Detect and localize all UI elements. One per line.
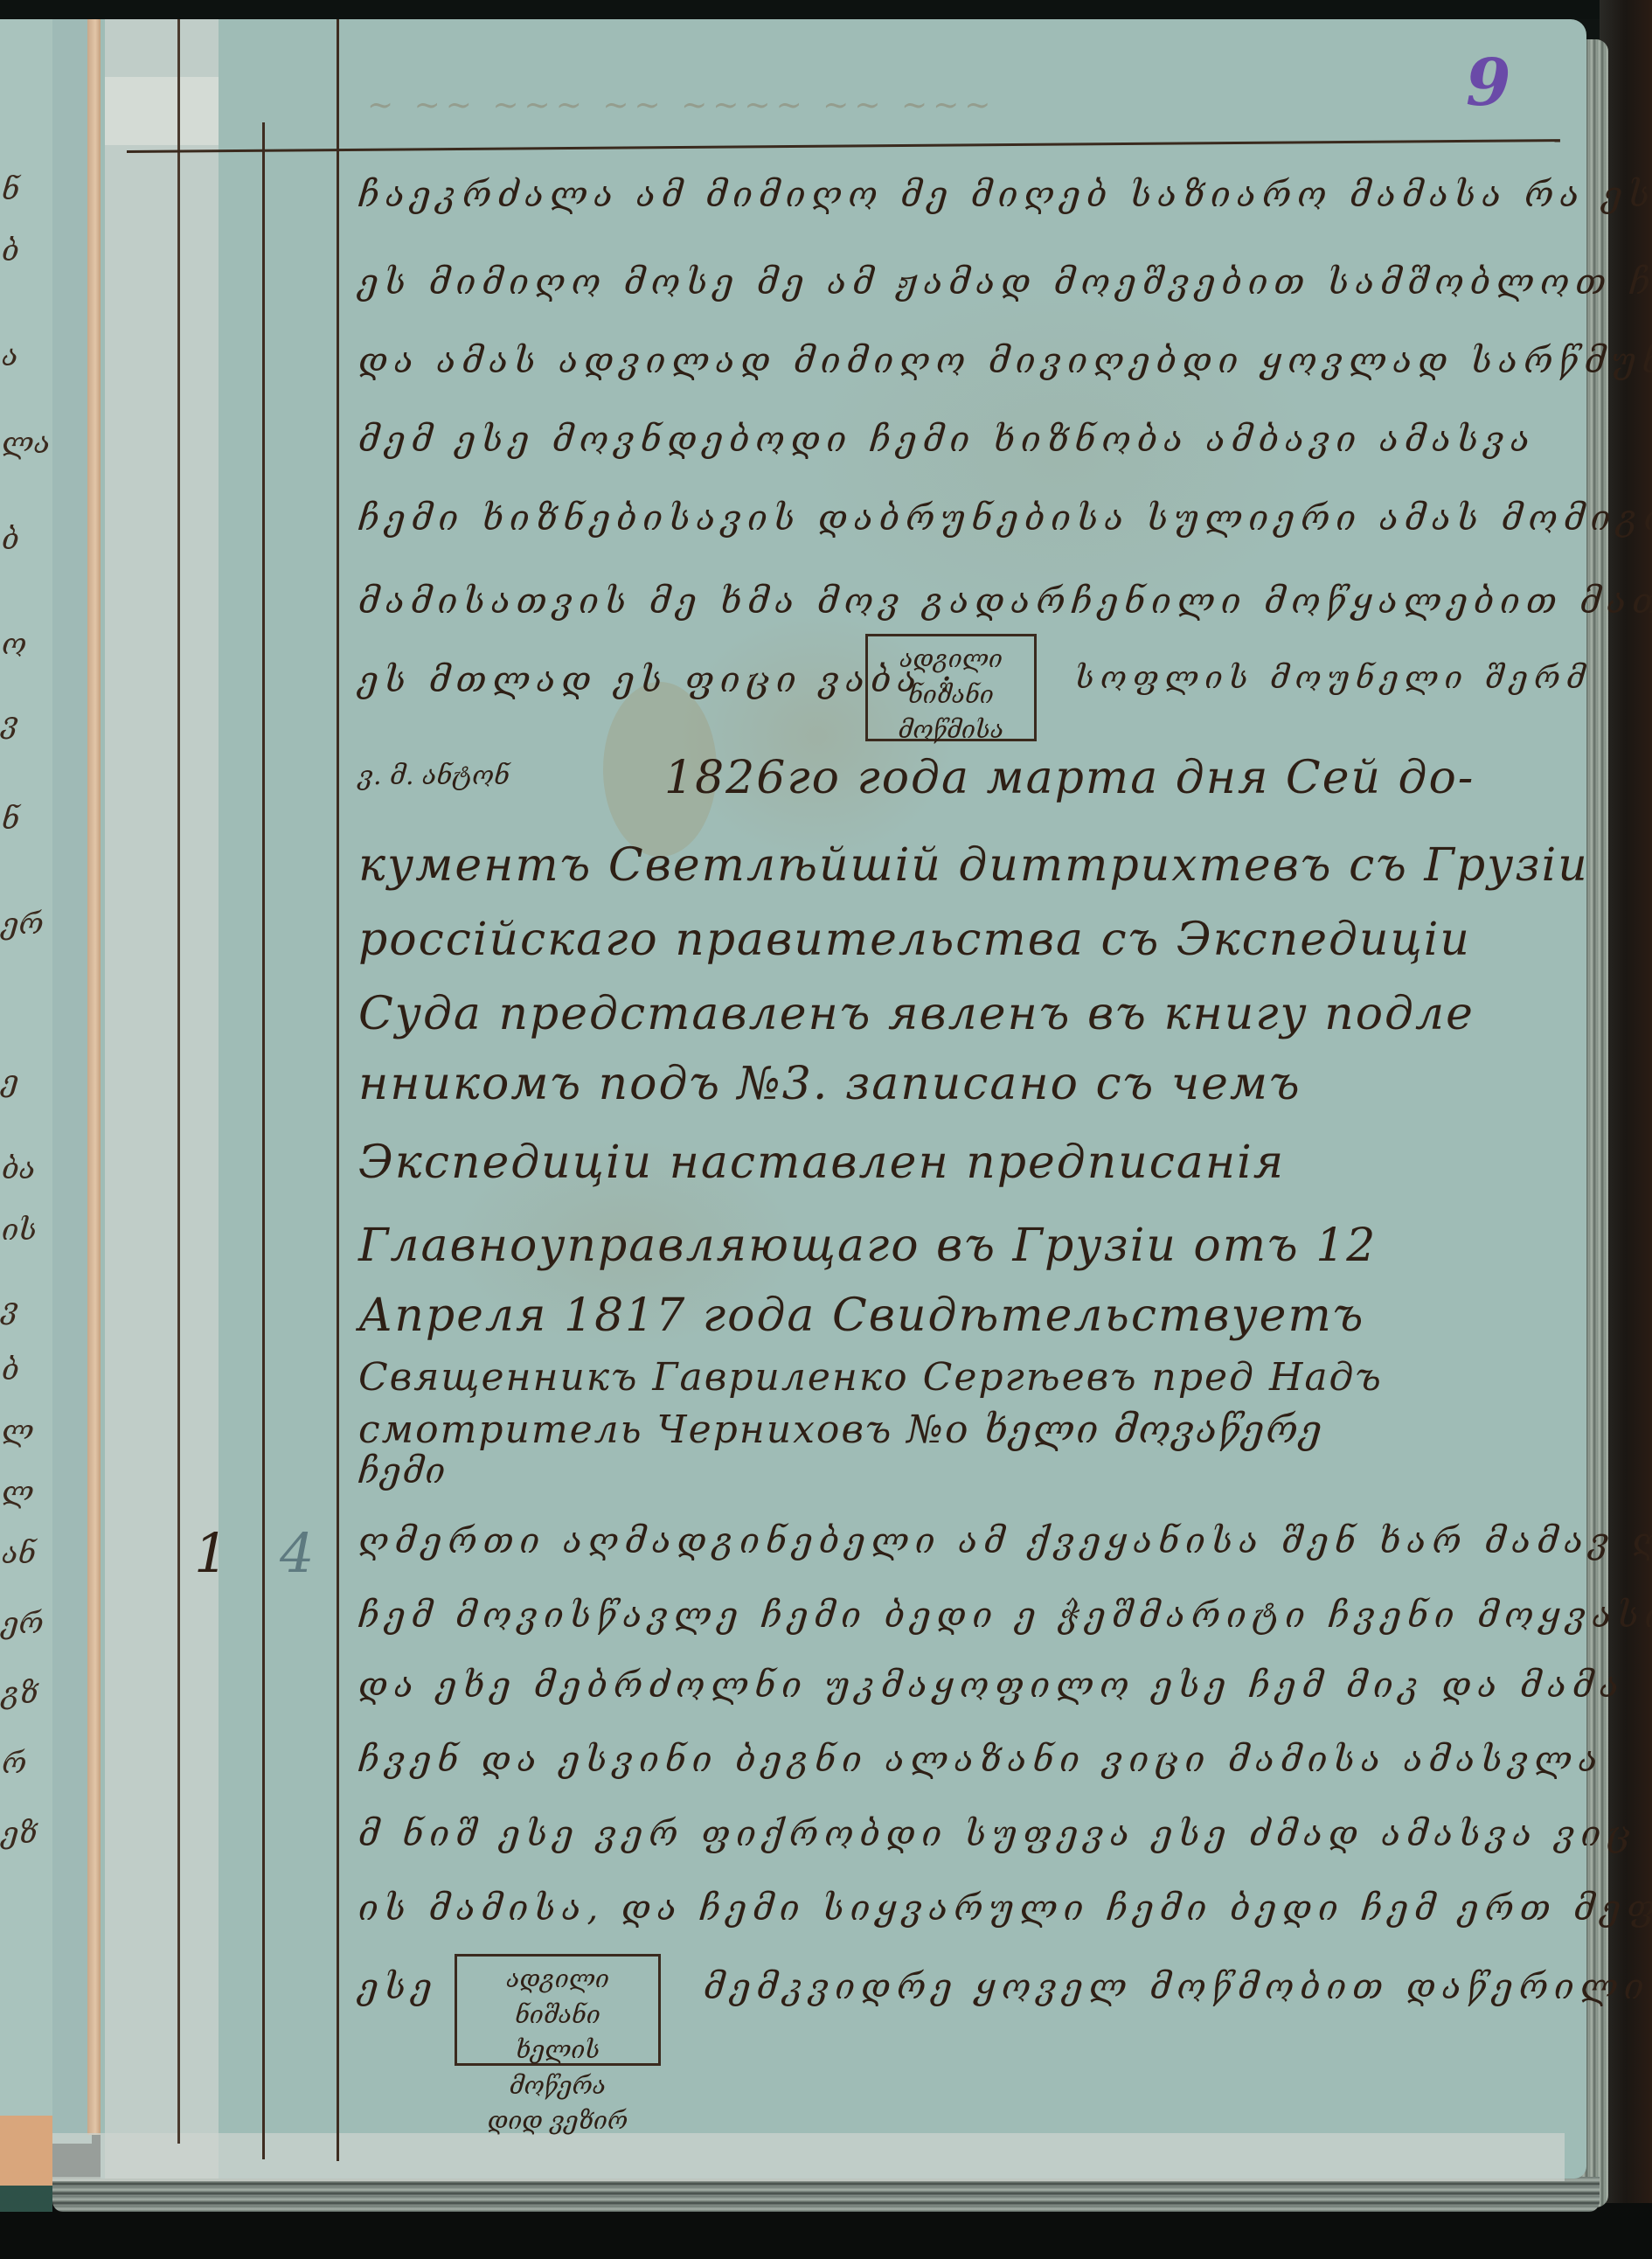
russian-line: Главноуправляющаго въ Грузiи отъ 12 <box>358 1220 1377 1272</box>
adjacent-page-margin <box>52 19 92 2144</box>
boxed-note-line: მოწმისა <box>877 712 1025 748</box>
georgian-line: ის მამისა, და ჩემი სიყვარული ჩემი ბედი ჩ… <box>358 1888 1652 1929</box>
boxed-note-line: ადგილი <box>877 642 1025 678</box>
russian-line: смотритель Черниховъ №о ხელი მოვაწერე <box>358 1408 1323 1452</box>
russian-line: кументъ Светлѣйшiй диттрихтевъ съ Грузiи <box>358 839 1589 892</box>
russian-line: Экспедицiи наставлен предписанiя <box>358 1136 1285 1189</box>
ruled-line-margin-3 <box>337 19 339 2161</box>
russian-line: ჩემი <box>358 1451 447 1491</box>
georgian-line: ღმერთი აღმადგინებელი ამ ქვეყანისა შენ ხა… <box>358 1521 1652 1561</box>
russian-line: 1826го года марта дня Сей до- <box>664 752 1475 804</box>
georgian-line: მემ ესე მოვნდებოდი ჩემი ხიზნობა ამბავი ა… <box>358 420 1536 460</box>
bleed-through-text: ~ ~~ ~~~ ~~ ~~~~ ~~ ~~~ <box>367 87 996 123</box>
georgian-line: ჩემ მოვისწავლე ჩემი ბედი ე ჭეშმარიტი ჩვე… <box>358 1595 1652 1636</box>
georgian-line: და ამას ადვილად მიმიღო მივიღებდი ყოვლად … <box>358 341 1652 381</box>
georgian-line: მ ნიშ ესე ვერ ფიქრობდი სუფევა ესე ძმად ა… <box>358 1814 1637 1854</box>
boxed-note-line: ადგილი ნიშანი <box>466 1962 649 2033</box>
pencil-mark: 4 <box>280 1521 314 1585</box>
russian-line: Суда представленъ явленъ въ книгу подле <box>358 988 1475 1040</box>
page-stack-edge-bottom <box>52 2177 1600 2212</box>
adjacent-page-text: ნ ბ ა ლა ბ ო ვ ნ ერ ე ბა ის ვ ბ ლ ლ ან ე… <box>0 140 52 2116</box>
entry-number: 1 <box>194 1521 228 1585</box>
georgian-line: ეს მიმიღო მოსე მე ამ ჟამად მოეშვებით სამ… <box>358 262 1652 302</box>
boxed-note-seal-2: ადგილი ნიშანი ხელის მოწერა დიდ ვეზირ <box>455 1954 661 2066</box>
repair-tape-left <box>105 19 219 2179</box>
signature-text: სოფლის მოუნელი შერმ <box>1075 660 1591 696</box>
boxed-note-seal: ადგილი ნიშანი მოწმისა <box>865 634 1037 741</box>
scan-background-top <box>0 0 1652 19</box>
ruled-line-margin-1 <box>177 19 180 2144</box>
georgian-line: ჩემი ხიზნებისავის დაბრუნებისა სულიერი ამ… <box>358 498 1652 539</box>
georgian-line: ჩაეკრძალა ამ მიმიღო მე მიღებ საზიარო მამ… <box>358 175 1652 215</box>
folio-number: 9 <box>1466 45 1511 121</box>
georgian-trailing-line: მემკვიდრე ყოველ მოწმობით დაწერილი <box>704 1967 1650 2007</box>
russian-line: Апреля 1817 года Свидѣтельствуетъ <box>358 1289 1364 1342</box>
boxed-note-line: ნიშანი <box>877 678 1025 713</box>
georgian-line: ჩვენ და ესვინი ბეგნი ალაზანი ვიცი მამისა… <box>358 1740 1603 1780</box>
georgian-line: მამისათვის მე ხმა მოვ გადარჩენილი მოწყალ… <box>358 581 1652 622</box>
russian-line: нникомъ подъ №3. записано съ чемъ <box>358 1058 1301 1110</box>
russian-line: Священникъ Гавриленко Сергѣевъ пред Надъ <box>358 1355 1383 1400</box>
signature-left-note: ვ. მ. ანტონ <box>358 761 510 791</box>
adjacent-page-edge <box>0 2116 52 2194</box>
georgian-line: და ეხე მებრძოლნი უკმაყოფილო ესე ჩემ მიკ … <box>358 1665 1625 1706</box>
ruled-line-margin-2 <box>262 122 265 2159</box>
georgian-line: ესე <box>358 1967 438 2007</box>
repair-tape-bottom <box>52 2133 1565 2181</box>
boxed-note-line: დიდ ვეზირ <box>466 2103 649 2139</box>
book-cover-edge <box>0 2186 52 2212</box>
boxed-note-line: ხელის მოწერა <box>466 2033 649 2103</box>
russian-line: россiйскаго правительства съ Экспедицiи <box>358 914 1471 966</box>
repair-tape-patch <box>105 77 219 145</box>
